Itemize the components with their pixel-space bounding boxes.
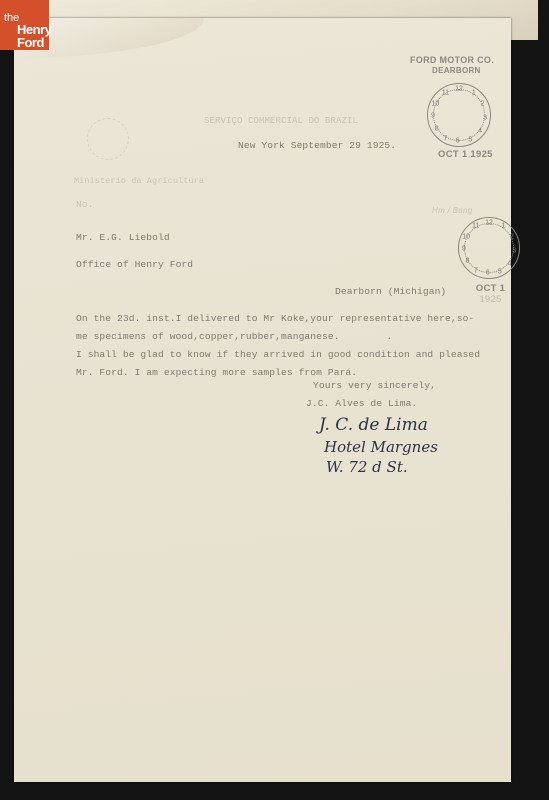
stamp-date-2: OCT 1 1925 (470, 283, 511, 305)
logo-ford: Ford (0, 36, 49, 49)
handwritten-address-line1: Hotel Margnes (324, 438, 438, 456)
body-line-2: me specimens of wood,copper,rubber,manga… (76, 331, 392, 342)
stamp-date-2-day: OCT 1 (476, 283, 505, 294)
pencil-note: Hm / Bang (432, 206, 473, 215)
stamp-city: DEARBORN (432, 66, 481, 75)
closing: Yours very sincerely, (313, 380, 436, 391)
body-line-1: On the 23d. inst.I delivered to Mr Koke,… (76, 313, 474, 324)
body-line-3: I shall be glad to know if they arrived … (76, 349, 480, 360)
reference-number: No. (76, 199, 94, 210)
recipient-location: Dearborn (Michigan) (335, 286, 446, 297)
handwritten-address-line2: W. 72 d St. (326, 458, 408, 476)
stamp-date-1: OCT 1 1925 (438, 149, 493, 160)
recipient-office: Office of Henry Ford (76, 259, 193, 270)
stamp-company: FORD MOTOR CO. (410, 55, 494, 65)
embossed-seal-icon (87, 118, 129, 160)
handwritten-signature: J. C. de Lima (319, 415, 428, 435)
letter-sheet: SERVIÇO COMMERCIAL DO BRAZIL Ministerio … (14, 18, 511, 782)
recipient-name: Mr. E.G. Liebold (76, 232, 170, 243)
stamp-date-2-year: 1925 (479, 294, 501, 305)
typed-signature: J.C. Alves de Lima. (306, 398, 417, 409)
clock-stamp-icon: 1212 345 678 91011 (458, 217, 520, 279)
clock-stamp-icon: 1212 345 678 91011 (427, 83, 491, 147)
henry-ford-logo: the Henry Ford (0, 0, 49, 50)
place-date: New York September 29 1925. (238, 140, 396, 151)
body-line-4: Mr. Ford. I am expecting more samples fr… (76, 367, 357, 378)
letterhead-subheading: Ministerio da Agricultura (74, 176, 204, 186)
letterhead-heading: SERVIÇO COMMERCIAL DO BRAZIL (204, 116, 358, 126)
